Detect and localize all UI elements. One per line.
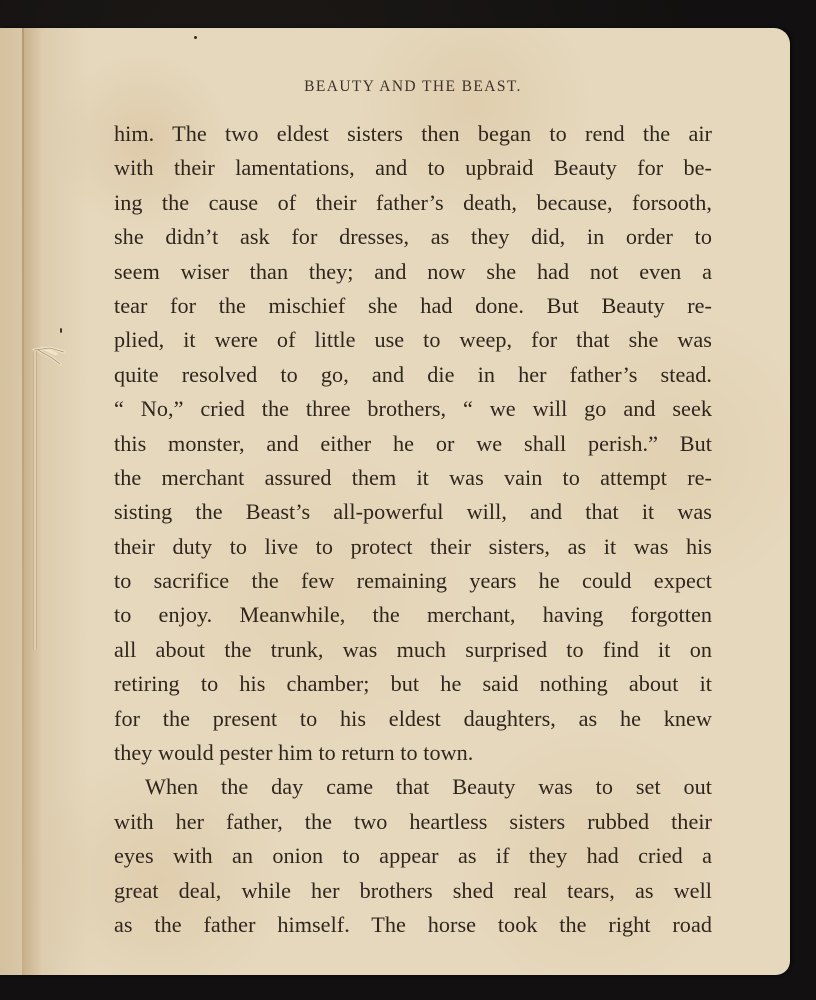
text-line: all about the trunk, was much surprised …	[114, 633, 712, 667]
text-line: plied, it were of little use to weep, fo…	[114, 323, 712, 357]
text-line: their duty to live to protect their sist…	[114, 530, 712, 564]
text-line: the merchant assured them it was vain to…	[114, 461, 712, 495]
text-line: sisting the Beast’s all-powerful will, a…	[114, 495, 712, 529]
text-line: for the present to his eldest daughters,…	[114, 702, 712, 736]
body-text: him. The two eldest sisters then began t…	[114, 117, 712, 942]
book-page: BEAUTY AND THE BEAST. him. The two eldes…	[0, 28, 790, 975]
running-head: BEAUTY AND THE BEAST.	[114, 78, 712, 96]
text-line: as the father himself. The horse took th…	[114, 908, 712, 942]
ink-speck	[194, 36, 197, 39]
binding-thread	[33, 350, 37, 650]
text-line: she didn’t ask for dresses, as they did,…	[114, 220, 712, 254]
paragraph-end-line: they would pester him to return to town.	[114, 736, 712, 770]
text-line: quite resolved to go, and die in her fat…	[114, 358, 712, 392]
text-line: great deal, while her brothers shed real…	[114, 874, 712, 908]
text-line: ing the cause of their father’s death, b…	[114, 186, 712, 220]
text-line: to enjoy. Meanwhile, the merchant, havin…	[114, 598, 712, 632]
text-line: tear for the mischief she had done. But …	[114, 289, 712, 323]
text-line: this monster, and either he or we shall …	[114, 427, 712, 461]
text-line: “ No,” cried the three brothers, “ we wi…	[114, 392, 712, 426]
paragraph-start-line: When the day came that Beauty was to set…	[114, 770, 712, 804]
text-line: him. The two eldest sisters then began t…	[114, 117, 712, 151]
text-line: to sacrifice the few remaining years he …	[114, 564, 712, 598]
text-line: eyes with an onion to appear as if they …	[114, 839, 712, 873]
text-line: seem wiser than they; and now she had no…	[114, 255, 712, 289]
text-line: with their lamentations, and to upbraid …	[114, 151, 712, 185]
text-line: retiring to his chamber; but he said not…	[114, 667, 712, 701]
text-line: with her father, the two heartless siste…	[114, 805, 712, 839]
ink-speck	[60, 328, 62, 333]
